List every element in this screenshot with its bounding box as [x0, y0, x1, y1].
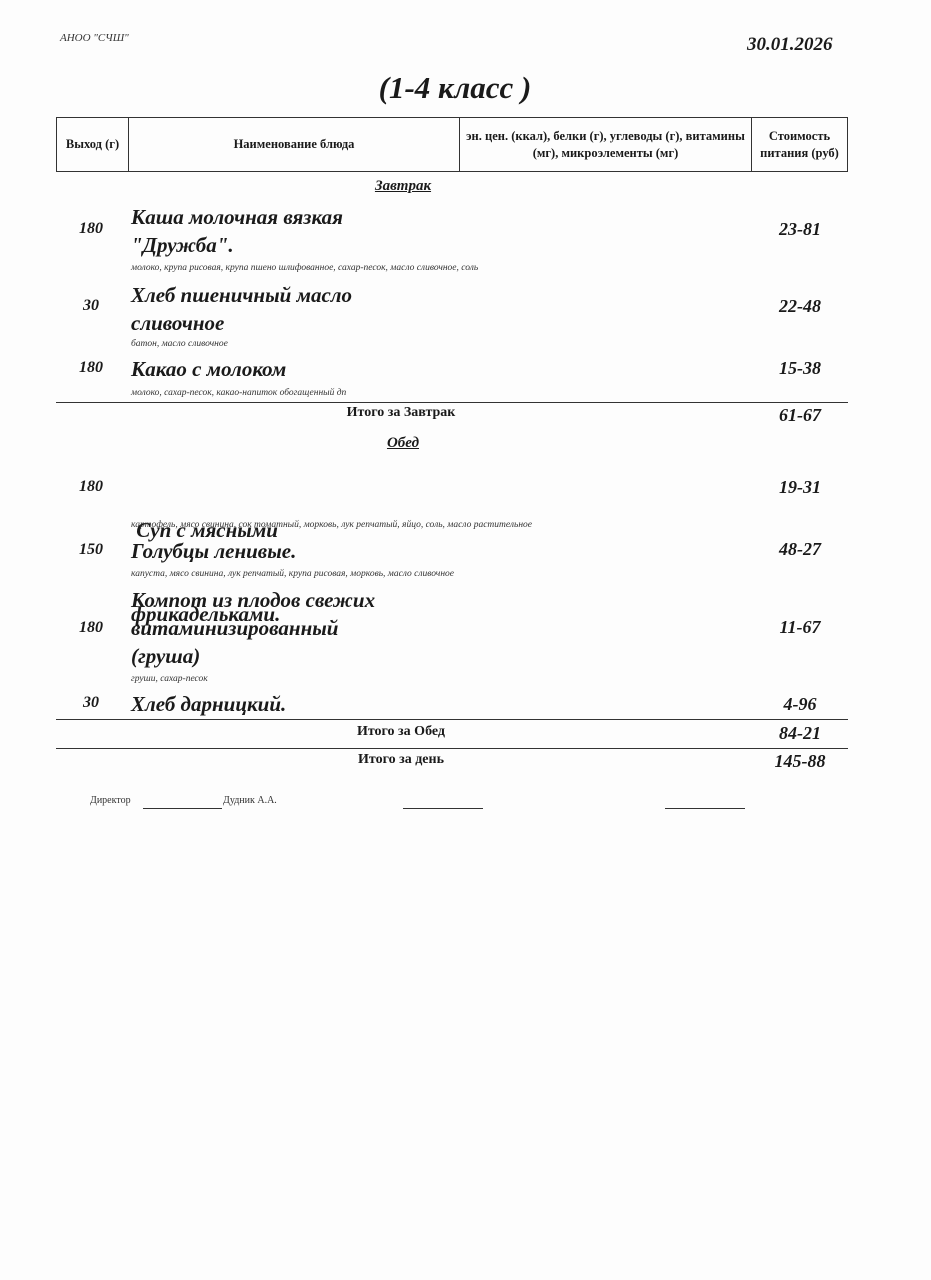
item-name-line: Хлеб дарницкий.	[131, 690, 286, 718]
page-title: (1-4 класс )	[0, 70, 910, 106]
item-price: 23-81	[752, 219, 848, 240]
item-ingredients: картофель, мясо свинина, сок томатный, м…	[131, 520, 532, 530]
lunch-total: 84-21	[752, 723, 848, 744]
item-name-line: сливочное	[131, 309, 352, 337]
item-name-line: Голубцы ленивые.	[131, 537, 296, 565]
signature-line	[143, 808, 222, 809]
signature-name: Дудник А.А.	[223, 795, 277, 806]
item-ingredients: груши, сахар-песок	[131, 674, 208, 684]
item-yield: 30	[56, 297, 126, 315]
item-name-line: витаминизированный	[131, 614, 375, 642]
header-cost: Стоимость питания (руб)	[752, 118, 847, 171]
item-yield: 150	[56, 541, 126, 559]
divider	[56, 748, 848, 749]
signature-line	[665, 808, 745, 809]
item-name-line: Компот из плодов свежих	[131, 586, 375, 614]
item-price: 15-38	[752, 358, 848, 379]
item-name-line: (груша)	[131, 642, 375, 670]
breakfast-total: 61-67	[752, 405, 848, 426]
item-name: Голубцы ленивые.	[131, 537, 296, 565]
item-ingredients: батон, масло сливочное	[131, 339, 228, 349]
item-name: Какао с молоком	[131, 355, 286, 383]
menu-date: 30.01.2026	[747, 34, 833, 56]
item-ingredients: молоко, сахар-песок, какао-напиток обога…	[131, 388, 346, 398]
item-price: 4-96	[752, 694, 848, 715]
divider	[56, 402, 848, 403]
item-ingredients: капуста, мясо свинина, лук репчатый, кру…	[131, 569, 454, 579]
item-yield: 180	[56, 619, 126, 637]
day-total-label: Итого за день	[126, 752, 676, 768]
section-breakfast-title: Завтрак	[0, 178, 806, 195]
organization-name: АНОО "СЧШ"	[60, 32, 129, 44]
day-total: 145-88	[752, 751, 848, 772]
item-yield: 180	[56, 220, 126, 238]
divider	[56, 719, 848, 720]
item-ingredients: молоко, крупа рисовая, крупа пшено шлифо…	[131, 263, 478, 273]
header-nutrition: эн. цен. (ккал), белки (г), углеводы (г)…	[460, 118, 752, 171]
item-yield: 180	[56, 359, 126, 377]
item-yield: 30	[56, 694, 126, 712]
header-yield: Выход (г)	[57, 118, 129, 171]
signature-role: Директор	[90, 795, 131, 806]
table-header: Выход (г) Наименование блюда эн. цен. (к…	[56, 117, 848, 172]
item-name: Каша молочная вязкая "Дружба".	[131, 203, 343, 259]
breakfast-total-label: Итого за Завтрак	[126, 405, 676, 421]
item-name-line: Каша молочная вязкая	[131, 203, 343, 231]
item-name-line: "Дружба".	[131, 231, 343, 259]
item-yield: 180	[56, 478, 126, 496]
item-price: 19-31	[752, 477, 848, 498]
item-name-line: Хлеб пшеничный масло	[131, 281, 352, 309]
item-name-line: Какао с молоком	[131, 355, 286, 383]
item-name: Хлеб дарницкий.	[131, 690, 286, 718]
item-price: 48-27	[752, 539, 848, 560]
item-name: Хлеб пшеничный масло сливочное	[131, 281, 352, 337]
header-dish-name: Наименование блюда	[129, 118, 460, 171]
item-price: 22-48	[752, 296, 848, 317]
section-lunch-title: Обед	[0, 435, 806, 452]
lunch-total-label: Итого за Обед	[126, 724, 676, 740]
item-name: Компот из плодов свежих витаминизированн…	[131, 586, 375, 670]
item-price: 11-67	[752, 617, 848, 638]
signature-line	[403, 808, 483, 809]
